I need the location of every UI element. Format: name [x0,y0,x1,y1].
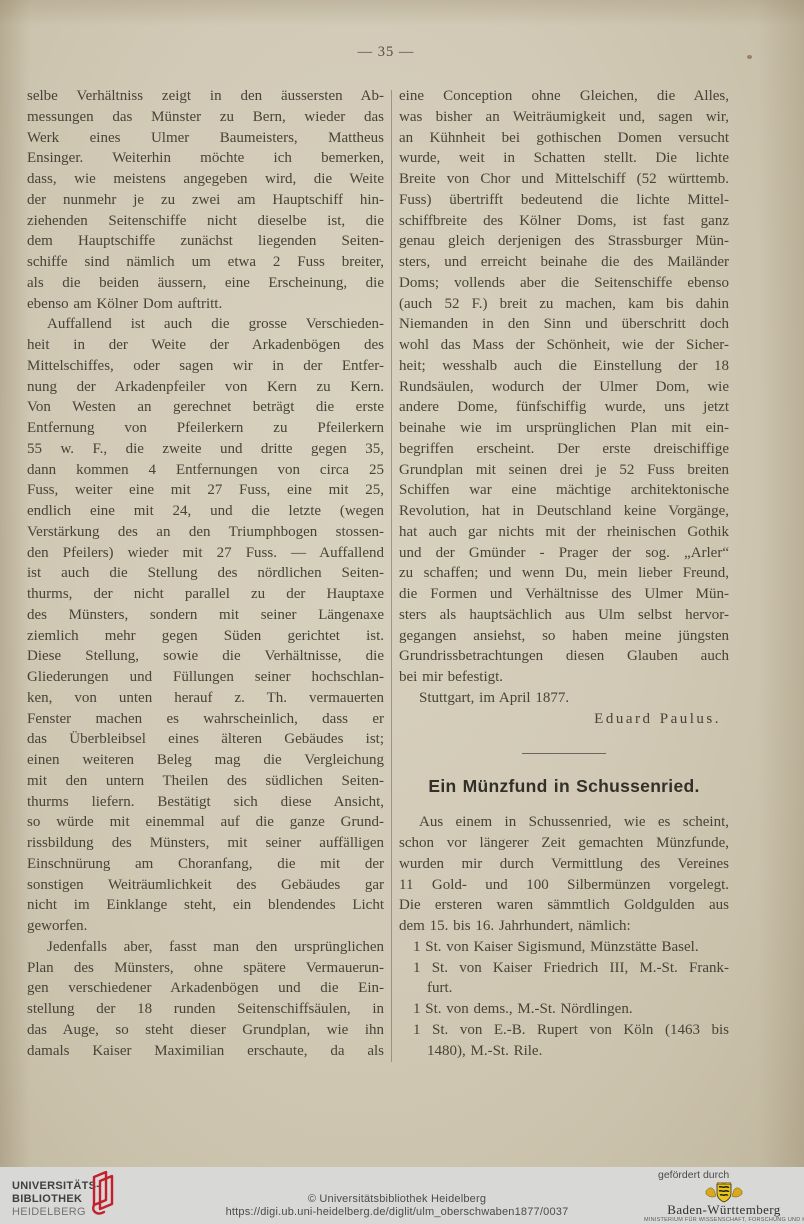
list-item: 1 St. von E.-B. Rupert von Köln (1463 bi… [399,1020,729,1041]
text-line: heit in der Weite der Arkadenbögen des [27,335,384,356]
text-line: das Überbleibsel eines älteren Gebäudes … [27,729,384,750]
text-line: selbe Verhältniss zeigt in den äusserste… [27,86,384,107]
list-item: 1 St. von Kaiser Sigismund, Münzstätte B… [399,937,729,958]
text-line: Auffallend ist auch die grosse Verschied… [27,314,384,335]
list-item: 1 St. von Kaiser Friedrich III, M.-St. F… [399,958,729,979]
list-item-continuation: 1480), M.-St. Rile. [399,1041,729,1062]
text-line: stellung der 18 runden Seitenschiffsäule… [27,999,384,1020]
text-line: so würde mit einemmal auf die ganze Grun… [27,812,384,833]
text-line: geworfen. [27,916,384,937]
text-line: hat auch gar nichts mit der rheinischen … [399,522,729,543]
column-divider-rule [391,90,392,1062]
text-line: Von Westen an gerechnet beträgt die erst… [27,397,384,418]
text-line: genau gleich derjenigen des Strassburger… [399,231,729,252]
text-line: rissbildung des Münsters, mit seiner auf… [27,833,384,854]
bw-ministry-line: MINISTERIUM FÜR WISSENSCHAFT, FORSCHUNG … [644,1217,804,1224]
text-line: was bisher an Weiträumigkeit und, sagen … [399,107,729,128]
text-line: wurden mir durch Vermittlung des Vereine… [399,854,729,875]
ub-book-icon [82,1171,116,1217]
text-line: Aus einem in Schussenried, wie es schein… [399,812,729,833]
text-line: Ensinger. Weiterhin möchte ich bemerken, [27,148,384,169]
list-item-continuation: furt. [399,978,729,999]
text-line: mit den untern Theilen des südlichen Sei… [27,771,384,792]
text-line: 55 w. F., die zweite und dritte gegen 35… [27,439,384,460]
author-signature: Eduard Paulus. [399,709,729,730]
text-line: und der Gmünder - Prager der sog. „Arler… [399,543,729,564]
text-line: Rundsäulen, wodurch der Ulmer Dom, wie [399,377,729,398]
text-column-left: selbe Verhältniss zeigt in den äusserste… [27,86,384,1061]
text-line: Verstärkung des an den Triumphbogen stos… [27,522,384,543]
text-line: einen weiteren Beleg mag die Vergleichun… [27,750,384,771]
text-line: dem Hauptschiffe zunächst liegenden Seit… [27,231,384,252]
text-line: schiffe sind nämlich um etwa 2 Fuss brei… [27,252,384,273]
text-line: des Münsters, sondern mit seiner Längena… [27,605,384,626]
text-line: Gliederungen und Füllungen seiner hochsc… [27,667,384,688]
text-line: Revolution, hat in Deutschland keine Vor… [399,501,729,522]
credit-url: https://digi.ub.uni-heidelberg.de/diglit… [226,1206,569,1219]
text-line: (auch 52 F.) breit zu machen, kam bis da… [399,294,729,315]
text-line: den Pfeilers) wieder mit 27 Fuss. — Auff… [27,543,384,564]
text-line: eine Conception ohne Gleichen, die Alles… [399,86,729,107]
list-item: 1 St. von dems., M.-St. Nördlingen. [399,999,729,1020]
text-line: dann kommen 4 Entfernungen von circa 25 [27,460,384,481]
text-line: endlich eine mit 24, und die letzte (weg… [27,501,384,522]
text-line: die Formen und Verhältnisse des Ulmer Mü… [399,584,729,605]
text-line: Fuss, weiter eine mit 27 Fuss, eine mit … [27,480,384,501]
text-line: ken, von unten herauf z. Th. vermauerten [27,688,384,709]
text-line: bei mir befestigt. [399,667,729,688]
text-line: Fuss) übertrifft bedeutend die lichte Mi… [399,190,729,211]
text-line: ist auch die Stellung des nördlichen Sei… [27,563,384,584]
text-line: zu schaffen; und wenn Du, mein lieber Fr… [399,563,729,584]
text-line: wurde, weit in Schatten stellt. Die lich… [399,148,729,169]
credit-copyright: © Universitätsbibliothek Heidelberg [226,1193,569,1206]
text-line: sters, und erreicht beinahe die des Mail… [399,252,729,273]
text-line: beinahe wie im ursprünglichen Plan mit e… [399,418,729,439]
funding-label: gefördert durch [658,1169,804,1181]
text-line: das Auge, so steht dieser Grundplan, wie… [27,1020,384,1041]
text-line: schon vor längerer Zeit gemachten Münzfu… [399,833,729,854]
text-line: 11 Gold- und 100 Silbermünzen vorgelegt. [399,875,729,896]
text-line: dem 15. bis 16. Jahrhundert, nämlich: [399,916,729,937]
text-line: ziehenden Seitenschiffe nicht dieselbe i… [27,211,384,232]
text-line: nicht im Einklange steht, ein blendendes… [27,895,384,916]
text-line: Fenster machen es wahrscheinlich, dass e… [27,709,384,730]
text-line: Schiffen war eine mächtige architektonis… [399,480,729,501]
text-line: sonstigen Weiträumlichkeit des Gebäudes … [27,875,384,896]
text-line: an Kühnheit bei gothischen Domen versuch… [399,128,729,149]
text-line: messungen das Münster zu Bern, wieder da… [27,107,384,128]
paper-speck [747,55,752,59]
text-line: Doms; vollends aber die Seitenschiffe eb… [399,273,729,294]
text-line: damals Kaiser Maximilian erschaute, da a… [27,1041,384,1062]
text-line: schiffbreite des Kölner Doms, ist fast g… [399,211,729,232]
text-line: Grundplan mit seinen drei je 52 Fuss bre… [399,460,729,481]
text-line: andere Dome, fünfschiffig wurde, uns jet… [399,397,729,418]
page-number: — 35 — [358,44,415,61]
text-line: Breite von Chor und Mittelschiff (52 wür… [399,169,729,190]
text-line: Die ersteren waren sämmtlich Goldgulden … [399,895,729,916]
text-line: Plan des Münsters, ohne spätere Vermauer… [27,958,384,979]
text-line: gen verschiedener Arkadenbögen und die E… [27,978,384,999]
credit-block: © Universitätsbibliothek Heidelberg http… [226,1193,569,1219]
text-line: Werk eines Ulmer Baumeisters, Mattheus [27,128,384,149]
text-line: sters als hauptsächlich aus Ulm selbst h… [399,605,729,626]
text-line: Einschnürung am Choranfang, die mit der [27,854,384,875]
bw-wordmark: Baden-Württemberg [644,1203,804,1217]
text-line: dass, wie meistens angegeben wird, die W… [27,169,384,190]
text-line: ziemlich mehr gegen Süden gerichtet ist. [27,626,384,647]
text-line: ebenso am Kölner Dom auftritt. [27,294,384,315]
text-line: gegangen ansiehst, so haben meine jüngst… [399,626,729,647]
text-line: Entfernung von Pfeilerkern zu Pfeilerker… [27,418,384,439]
text-line: Stuttgart, im April 1877. [399,688,729,709]
text-column-right: eine Conception ohne Gleichen, die Alles… [399,86,729,1061]
text-line: nung der Arkadenpfeiler von Kern zu Kern… [27,377,384,398]
text-line: wohl das Mass der Schönheit, wie der Sic… [399,335,729,356]
text-line: Jedenfalls aber, fasst man den ursprüngl… [27,937,384,958]
text-line: Diese Stellung, sowie die Verhältnisse, … [27,646,384,667]
section-heading: Ein Münzfund in Schussenried. [399,774,729,798]
text-line: heit; wesshalb auch die Einstellung der … [399,356,729,377]
text-line: Niemanden in den Sinn und überschritt do… [399,314,729,335]
text-line: begriffen erscheint. Der erste dreischif… [399,439,729,460]
text-line: Grundrissbetrachtungen diesen Glauben au… [399,646,729,667]
footer-bar: UNIVERSITÄTS- BIBLIOTHEK HEIDELBERG © Un… [0,1167,804,1224]
funding-block: gefördert durch Baden-Württemberg MINIST… [644,1169,804,1224]
text-line: thurms, der nicht parallel zu der Haupta… [27,584,384,605]
text-line: thurms liefern. Bestätigt sich diese Ans… [27,792,384,813]
section-divider-rule [522,753,606,754]
text-line: als die beiden äussern, eine Erscheinung… [27,273,384,294]
scanned-page: — 35 — selbe Verhältniss zeigt in den äu… [0,0,804,1224]
bw-coat-of-arms-icon [704,1182,744,1203]
text-line: Mittelschiffes, oder sagen wir in der En… [27,356,384,377]
text-line: der nunmehr je zu zwei am Hauptschiff hi… [27,190,384,211]
